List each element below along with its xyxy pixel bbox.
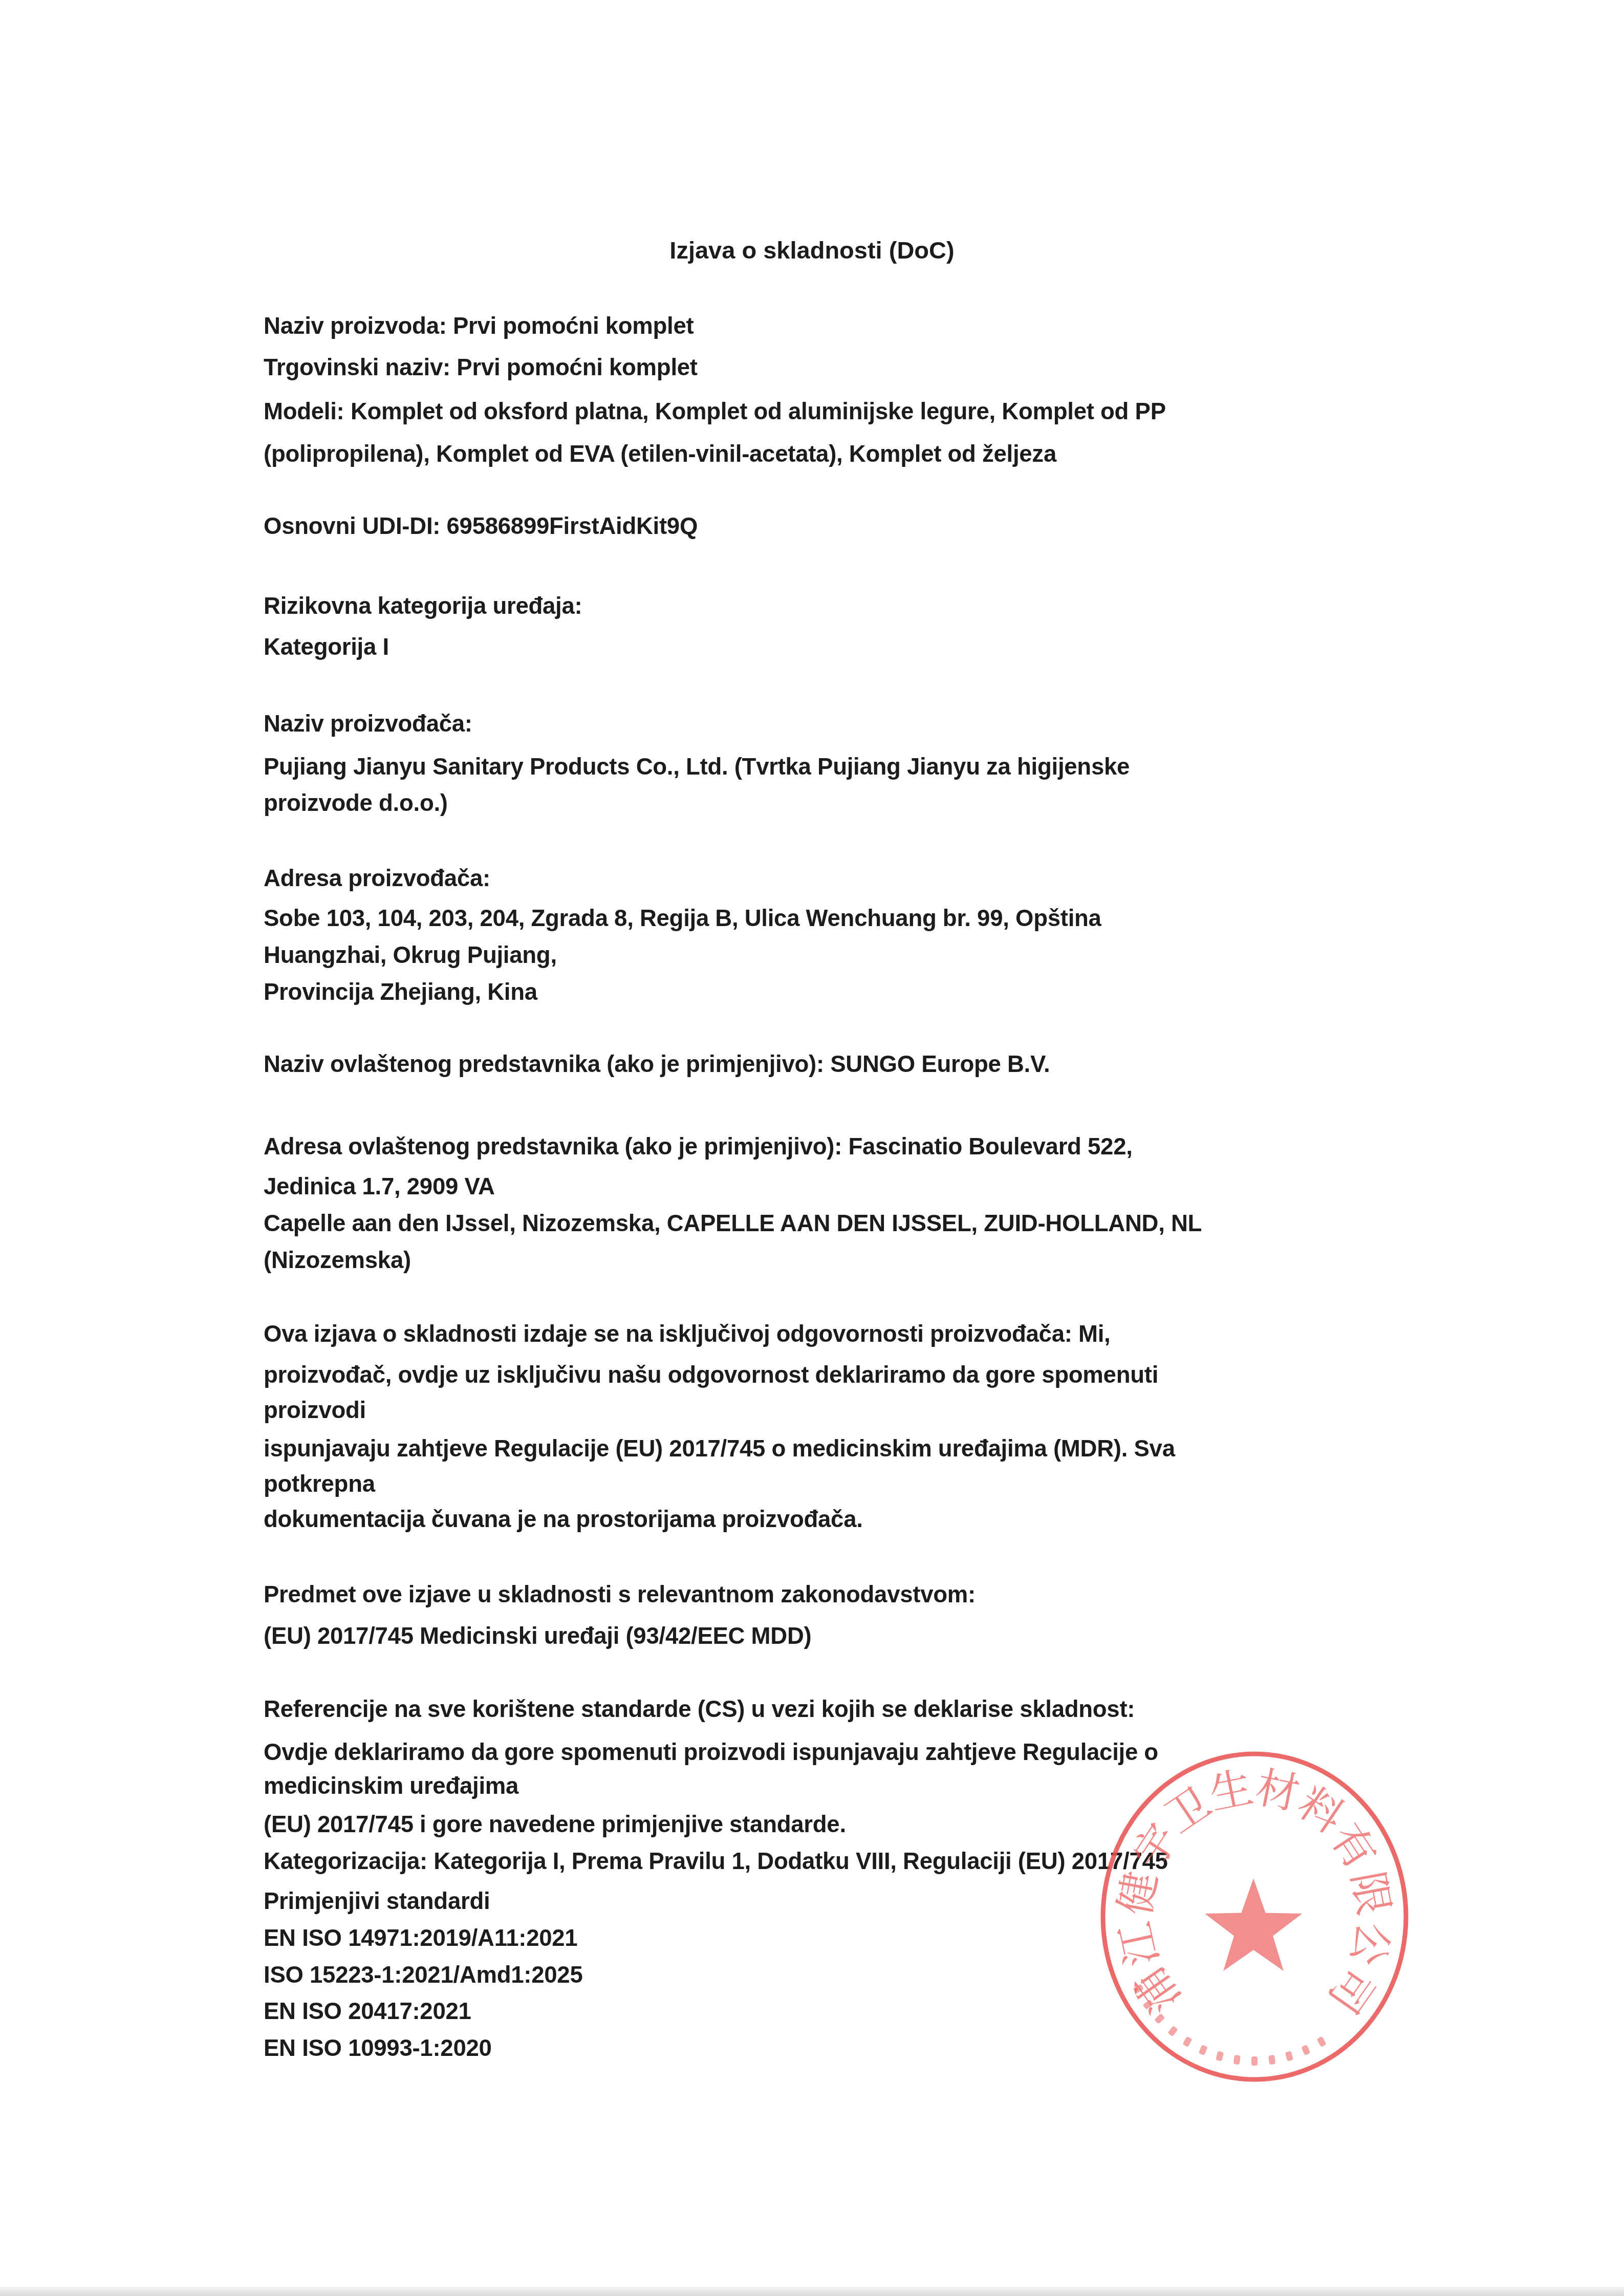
document-line: EN ISO 10993-1:2020 bbox=[264, 2033, 492, 2062]
document-line: (polipropilena), Komplet od EVA (etilen-… bbox=[264, 439, 1056, 468]
document-line: (EU) 2017/745 Medicinski uređaji (93/42/… bbox=[264, 1621, 811, 1650]
svg-text:司: 司 bbox=[1318, 1958, 1384, 2022]
document-line: Adresa ovlaštenog predstavnika (ako je p… bbox=[264, 1132, 1133, 1161]
document-line: Sobe 103, 104, 203, 204, Zgrada 8, Regij… bbox=[264, 904, 1101, 932]
document-line: proizvode d.o.o.) bbox=[264, 788, 448, 817]
document-line: EN ISO 20417:2021 bbox=[264, 1997, 471, 2025]
document-line: Referencije na sve korištene standarde (… bbox=[264, 1694, 1135, 1723]
company-seal: 浦江健宇卫生材料有限公司 bbox=[1096, 1748, 1413, 2086]
document-line: ISO 15223-1:2021/Amd1:2025 bbox=[264, 1960, 582, 1989]
seal-icon: 浦江健宇卫生材料有限公司 bbox=[1096, 1748, 1413, 2086]
document-line: ispunjavaju zahtjeve Regulacije (EU) 201… bbox=[264, 1434, 1175, 1463]
document-line: Provincija Zhejiang, Kina bbox=[264, 977, 537, 1006]
svg-text:材: 材 bbox=[1252, 1762, 1304, 1820]
document-line: Predmet ove izjave u skladnosti s releva… bbox=[264, 1580, 976, 1608]
svg-text:卫: 卫 bbox=[1156, 1777, 1220, 1843]
document-line: EN ISO 14971:2019/A11:2021 bbox=[264, 1923, 577, 1952]
document-line: proizvodi bbox=[264, 1396, 366, 1424]
document-line: Naziv proizvođača: bbox=[264, 709, 472, 738]
document-page: Izjava o skladnosti (DoC) Naziv proizvod… bbox=[0, 0, 1624, 2296]
svg-text:健: 健 bbox=[1110, 1868, 1167, 1919]
document-line: Trgovinski naziv: Prvi pomoćni komplet bbox=[264, 353, 698, 381]
document-line: Rizikovna kategorija uređaja: bbox=[264, 591, 582, 620]
document-line: Kategorizacija: Kategorija I, Prema Prav… bbox=[264, 1847, 1168, 1875]
svg-text:江: 江 bbox=[1110, 1918, 1168, 1970]
document-line: (EU) 2017/745 i gore navedene primjenjiv… bbox=[264, 1810, 846, 1838]
document-line: Primjenjivi standardi bbox=[264, 1886, 490, 1915]
document-line: Naziv ovlaštenog predstavnika (ako je pr… bbox=[264, 1049, 1050, 1078]
svg-text:限: 限 bbox=[1342, 1868, 1399, 1919]
document-line: Pujiang Jianyu Sanitary Products Co., Lt… bbox=[264, 752, 1130, 781]
svg-text:料: 料 bbox=[1289, 1777, 1353, 1843]
document-line: proizvođač, ovdje uz isključivu našu odg… bbox=[264, 1360, 1158, 1389]
svg-text:有: 有 bbox=[1320, 1815, 1386, 1878]
document-line: medicinskim uređajima bbox=[264, 1771, 518, 1800]
document-line: Ova izjava o skladnosti izdaje se na isk… bbox=[264, 1319, 1110, 1348]
document-line: Huangzhai, Okrug Pujiang, bbox=[264, 940, 557, 969]
document-title: Izjava o skladnosti (DoC) bbox=[0, 236, 1624, 265]
document-line: (Nizozemska) bbox=[264, 1246, 411, 1274]
document-line: Adresa proizvođača: bbox=[264, 864, 490, 892]
document-line: Modeli: Komplet od oksford platna, Kompl… bbox=[264, 397, 1166, 425]
document-line: dokumentacija čuvana je na prostorijama … bbox=[264, 1505, 863, 1533]
document-line: Osnovni UDI-DI: 69586899FirstAidKit9Q bbox=[264, 511, 698, 540]
document-line: Jedinica 1.7, 2909 VA bbox=[264, 1172, 495, 1200]
document-line: Ovdje deklariramo da gore spomenuti proi… bbox=[264, 1737, 1158, 1766]
document-line: Naziv proizvoda: Prvi pomoćni komplet bbox=[264, 311, 694, 340]
document-line: Capelle aan den IJssel, Nizozemska, CAPE… bbox=[264, 1209, 1202, 1237]
document-line: potkrepna bbox=[264, 1469, 375, 1498]
document-line: Kategorija I bbox=[264, 632, 389, 661]
svg-text:浦: 浦 bbox=[1125, 1958, 1190, 2022]
svg-text:公: 公 bbox=[1341, 1918, 1399, 1970]
scan-edge bbox=[0, 2287, 1624, 2296]
svg-text:生: 生 bbox=[1205, 1762, 1258, 1820]
